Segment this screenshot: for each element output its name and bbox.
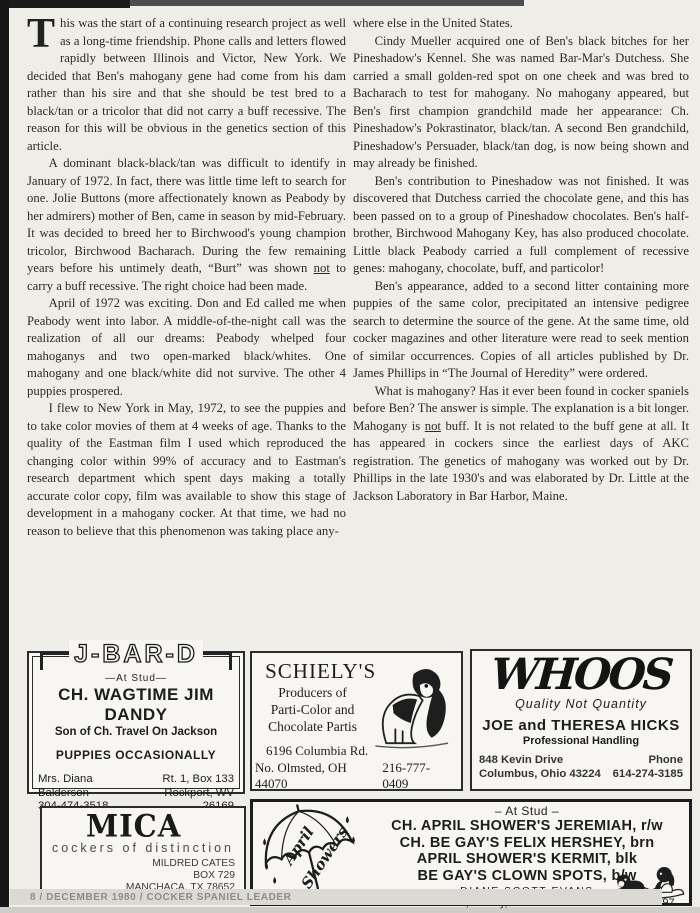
phone-label: Phone bbox=[613, 753, 683, 767]
underlined-text: not bbox=[314, 261, 330, 275]
body-text: his was the start of a continuing resear… bbox=[27, 16, 346, 153]
bracket-decoration-right bbox=[203, 652, 232, 670]
umbrella-illustration: April Showers bbox=[253, 802, 365, 903]
body-text: April of 1972 was exciting. Don and Ed c… bbox=[27, 296, 346, 398]
address-line1: 848 Kevin Drive bbox=[479, 753, 601, 767]
article-column-right: where else in the United States.Cindy Mu… bbox=[353, 15, 689, 635]
kennel-logo-row: J-BAR-D bbox=[33, 640, 239, 670]
body-text: Ben's appearance, added to a second litt… bbox=[353, 279, 689, 381]
ad-j-bar-d: J-BAR-D —At Stud— CH. WAGTIME JIM DANDY … bbox=[27, 651, 245, 794]
at-stud-label: —At Stud— bbox=[33, 673, 239, 684]
address-line2: Columbus, Ohio 43224 bbox=[479, 767, 601, 781]
drop-cap-initial: T bbox=[27, 15, 60, 51]
tagline-line2: Parti-Color and bbox=[252, 701, 373, 718]
tagline-line1: Producers of bbox=[252, 684, 373, 701]
phone-number: 614-274-3185 bbox=[613, 767, 683, 781]
puppies-note: PUPPIES OCCASIONALLY bbox=[33, 748, 239, 762]
article-column-left: This was the start of a continuing resea… bbox=[27, 15, 346, 635]
stud-dog-subtitle: Son of Ch. Travel On Jackson bbox=[33, 726, 239, 738]
body-text: I flew to New York in May, 1972, to see … bbox=[27, 401, 346, 538]
at-stud-label: – At Stud – bbox=[365, 804, 689, 818]
article-paragraph: A dominant black-black/tan was difficult… bbox=[27, 155, 346, 295]
article-paragraph: April of 1972 was exciting. Don and Ed c… bbox=[27, 295, 346, 400]
scan-artifact-left-edge bbox=[0, 0, 9, 913]
address-line2: No. Olmsted, OH 44070 bbox=[255, 760, 382, 792]
handler-subtitle: Professional Handling bbox=[472, 735, 690, 747]
article-paragraph: Ben's appearance, added to a second litt… bbox=[353, 278, 689, 383]
stud-dog-name: CH. WAGTIME JIM DANDY bbox=[33, 685, 239, 725]
stud-dog-2: CH. BE GAY'S FELIX HERSHEY, brn bbox=[365, 835, 689, 852]
footer-text: 8 / DECEMBER 1980 / COCKER SPANIEL LEADE… bbox=[10, 889, 662, 903]
article-paragraph: where else in the United States. bbox=[353, 15, 689, 33]
cocker-spaniel-illustration bbox=[359, 659, 459, 751]
handler-names: JOE and THERESA HICKS bbox=[472, 717, 690, 734]
article-paragraph: I flew to New York in May, 1972, to see … bbox=[27, 400, 346, 540]
body-text: Ben's contribution to Pineshadow was not… bbox=[353, 174, 689, 276]
contact-address-line1: Rt. 1, Box 133 bbox=[138, 773, 234, 787]
article-paragraph: Ben's contribution to Pineshadow was not… bbox=[353, 173, 689, 278]
underlined-text: not bbox=[425, 419, 441, 433]
ad-whoos: WHOOS Quality Not Quantity JOE and THERE… bbox=[470, 649, 692, 791]
ad-mica: MICA cockers of distinction MILDRED CATE… bbox=[40, 806, 246, 898]
body-text: Cindy Mueller acquired one of Ben's blac… bbox=[353, 34, 689, 171]
contact-box: BOX 729 bbox=[42, 870, 235, 882]
stud-dog-1: CH. APRIL SHOWER'S JEREMIAH, r/w bbox=[365, 818, 689, 835]
body-text: A dominant black-black/tan was difficult… bbox=[27, 156, 346, 275]
body-text: where else in the United States. bbox=[353, 16, 513, 30]
contact-block: 848 Kevin Drive Columbus, Ohio 43224 Pho… bbox=[472, 747, 690, 781]
ad-schielys: SCHIELY'S Producers of Parti-Color and C… bbox=[250, 651, 463, 791]
scan-artifact-top-dark bbox=[0, 0, 130, 8]
kennel-logo: MICA bbox=[86, 810, 244, 842]
page-footer: 8 / DECEMBER 1980 / COCKER SPANIEL LEADE… bbox=[10, 889, 662, 905]
address-row: No. Olmsted, OH 44070 216-777-0409 bbox=[252, 759, 461, 792]
contact-name: MILDRED CATES bbox=[42, 858, 235, 870]
magazine-page: This was the start of a continuing resea… bbox=[0, 0, 700, 913]
article-paragraph: Cindy Mueller acquired one of Ben's blac… bbox=[353, 33, 689, 173]
article-paragraph: What is mahogany? Has it ever been found… bbox=[353, 383, 689, 506]
contact-name: Mrs. Diana Balderson bbox=[38, 773, 138, 800]
tagline-line3: Chocolate Partis bbox=[252, 718, 373, 735]
phone-number: 216-777-0409 bbox=[382, 760, 456, 792]
kennel-logo: WHOOS bbox=[470, 651, 691, 699]
ad-inner-frame: J-BAR-D —At Stud— CH. WAGTIME JIM DANDY … bbox=[32, 656, 240, 789]
article-paragraph: This was the start of a continuing resea… bbox=[27, 15, 346, 155]
bracket-decoration-left bbox=[40, 652, 69, 670]
kennel-logo: J-BAR-D bbox=[69, 640, 203, 668]
